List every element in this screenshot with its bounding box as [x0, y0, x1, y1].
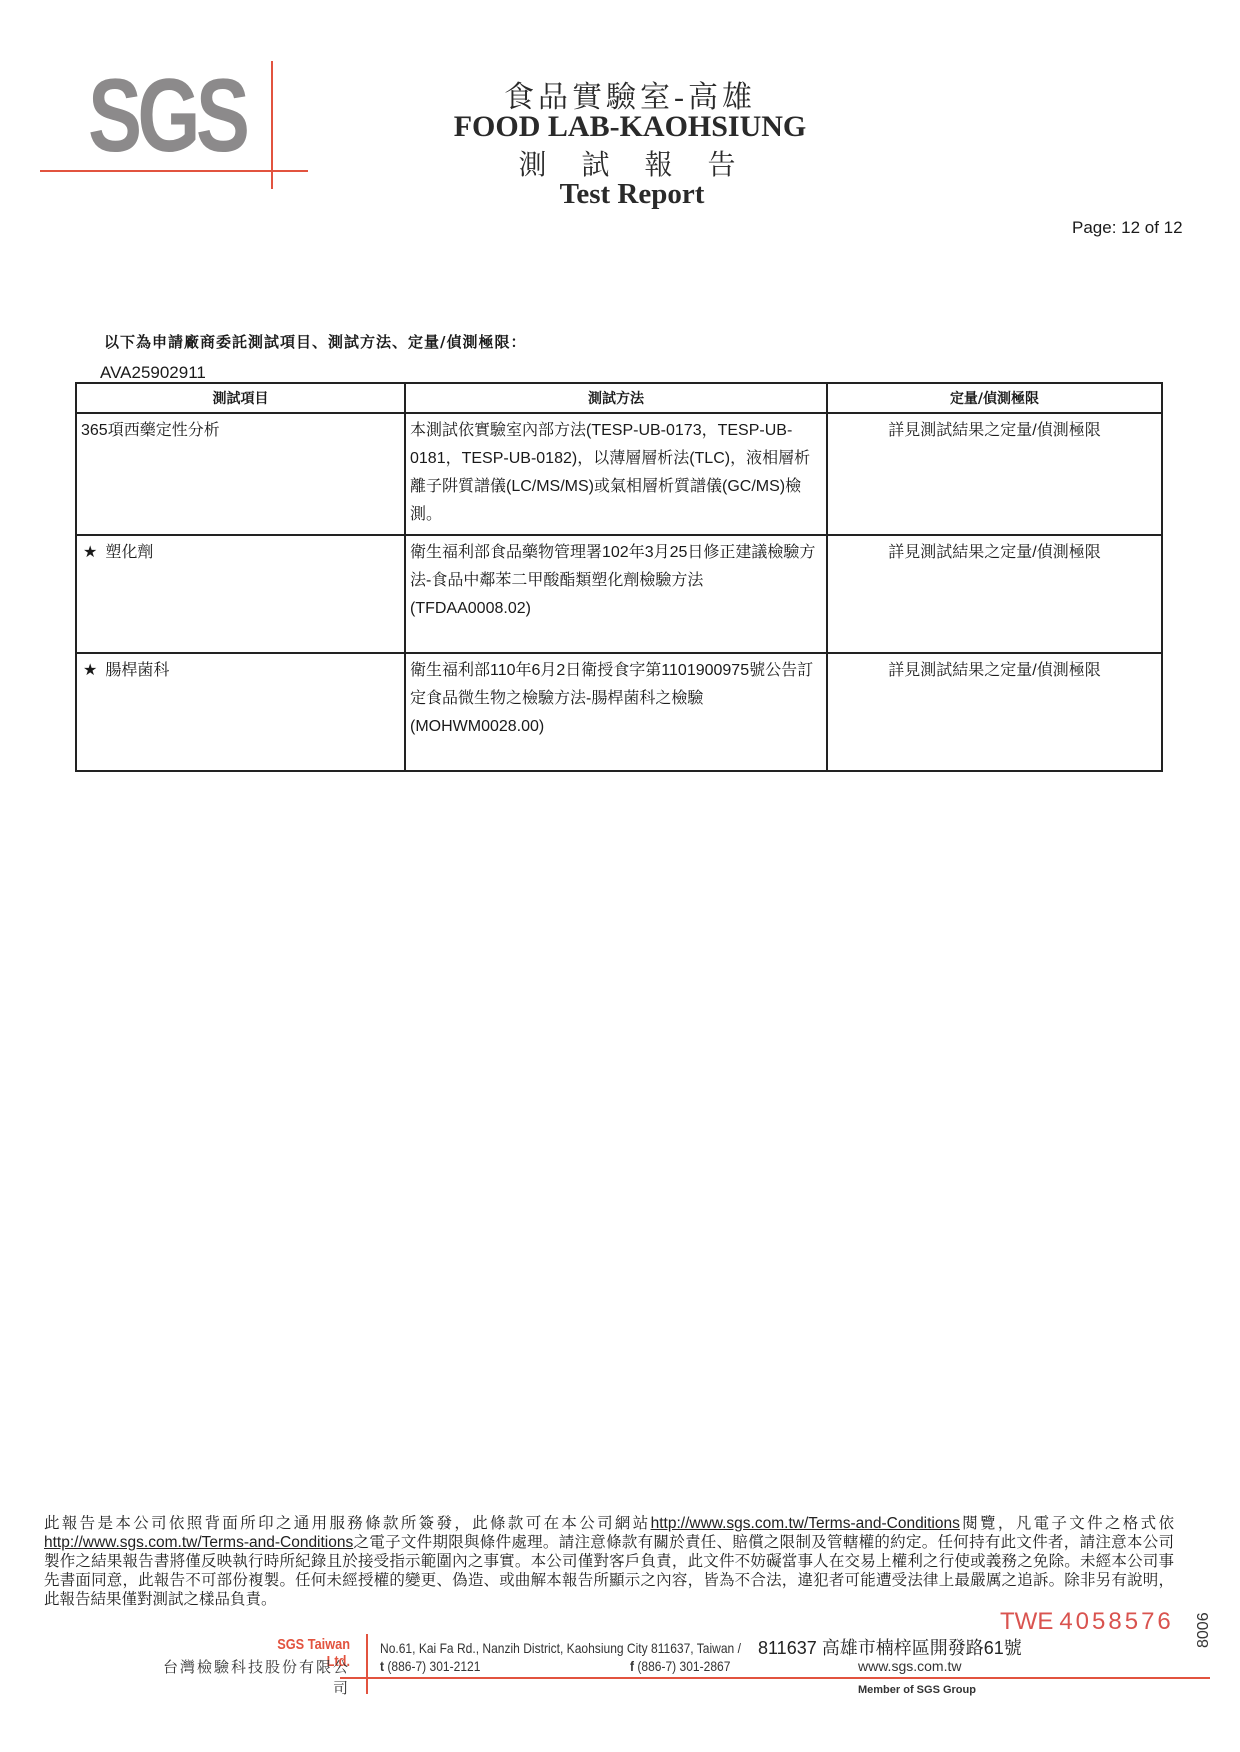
star-icon: ★ — [83, 662, 97, 679]
address-cn: 811637 高雄市楠梓區開發路61號 — [758, 1634, 1022, 1660]
lab-name-en: FOOD LAB-KAOHSIUNG — [10, 110, 1240, 144]
table-row: ★腸桿菌科 衛生福利部110年6月2日衛授食字第1101900975號公告訂定食… — [76, 653, 1162, 771]
test-method-cell: 衛生福利部食品藥物管理署102年3月25日修正建議檢驗方法-食品中鄰苯二甲酸酯類… — [405, 535, 827, 653]
test-method-cell: 本測試依實驗室內部方法(TESP-UB-0173，TESP-UB-0181，TE… — [405, 413, 827, 535]
company-name-cn: 台灣檢驗科技股份有限公司 — [150, 1656, 350, 1698]
table-header-row: 測試項目 測試方法 定量/偵測極限 — [76, 383, 1162, 413]
test-item-cell: ★腸桿菌科 — [76, 653, 405, 771]
tel-label: t — [380, 1658, 384, 1674]
limit-cell: 詳見測試結果之定量/偵測極限 — [827, 535, 1162, 653]
serial-number: TWE4058576 — [1000, 1608, 1174, 1636]
tel-number: (886-7) 301-2121 — [387, 1658, 480, 1674]
fax-label: f — [630, 1658, 634, 1674]
star-icon: ★ — [83, 544, 97, 561]
serial-prefix: TWE — [1000, 1608, 1053, 1635]
table-row: 365項西藥定性分析 本測試依實驗室內部方法(TESP-UB-0173，TESP… — [76, 413, 1162, 535]
telephone: t (886-7) 301-2121 — [380, 1658, 480, 1674]
test-item-name: 塑化劑 — [105, 544, 153, 561]
test-item-name: 腸桿菌科 — [105, 662, 169, 679]
limit-cell: 詳見測試結果之定量/偵測極限 — [827, 653, 1162, 771]
test-item-cell: 365項西藥定性分析 — [76, 413, 405, 535]
report-id: AVA25902911 — [100, 363, 206, 383]
table-row: ★塑化劑 衛生福利部食品藥物管理署102年3月25日修正建議檢驗方法-食品中鄰苯… — [76, 535, 1162, 653]
limit-cell: 詳見測試結果之定量/偵測極限 — [827, 413, 1162, 535]
header-test-item: 測試項目 — [76, 383, 405, 413]
disclaimer-text: 此報告是本公司依照背面所印之通用服務條款所簽發，此條款可在本公司網站 — [44, 1515, 651, 1532]
test-item-cell: ★塑化劑 — [76, 535, 405, 653]
terms-link[interactable]: http://www.sgs.com.tw/Terms-and-Conditio… — [651, 1515, 960, 1532]
test-item-name: 365項西藥定性分析 — [81, 422, 220, 439]
address-en: No.61, Kai Fa Rd., Nanzih District, Kaoh… — [380, 1640, 741, 1656]
side-code: 8006 — [1195, 1612, 1213, 1648]
page-indicator: Page: 12 of 12 — [1072, 218, 1183, 238]
test-method-cell: 衛生福利部110年6月2日衛授食字第1101900975號公告訂定食品微生物之檢… — [405, 653, 827, 771]
footer-divider-vertical — [366, 1634, 368, 1694]
fax: f (886-7) 301-2867 — [630, 1658, 730, 1674]
fax-number: (886-7) 301-2867 — [637, 1658, 730, 1674]
serial-digits: 4058576 — [1059, 1608, 1173, 1635]
report-title-cn: 測 試 報 告 — [14, 143, 1240, 183]
legal-disclaimer: 此報告是本公司依照背面所印之通用服務條款所簽發，此條款可在本公司網站http:/… — [44, 1514, 1174, 1609]
header-test-method: 測試方法 — [405, 383, 827, 413]
test-methods-table: 測試項目 測試方法 定量/偵測極限 365項西藥定性分析 本測試依實驗室內部方法… — [75, 382, 1163, 772]
intro-text: 以下為申請廠商委託測試項目、測試方法、定量/偵測極限： — [104, 331, 526, 352]
website: www.sgs.com.tw — [858, 1658, 961, 1674]
disclaimer-text: 閱覽，凡電子文件之格式依 — [960, 1515, 1174, 1532]
terms-link[interactable]: http://www.sgs.com.tw/Terms-and-Conditio… — [44, 1534, 353, 1551]
member-of-sgs: Member of SGS Group — [858, 1684, 976, 1696]
footer-divider-horizontal — [340, 1677, 1210, 1679]
header-limit: 定量/偵測極限 — [827, 383, 1162, 413]
report-title-en: Test Report — [12, 178, 1240, 211]
